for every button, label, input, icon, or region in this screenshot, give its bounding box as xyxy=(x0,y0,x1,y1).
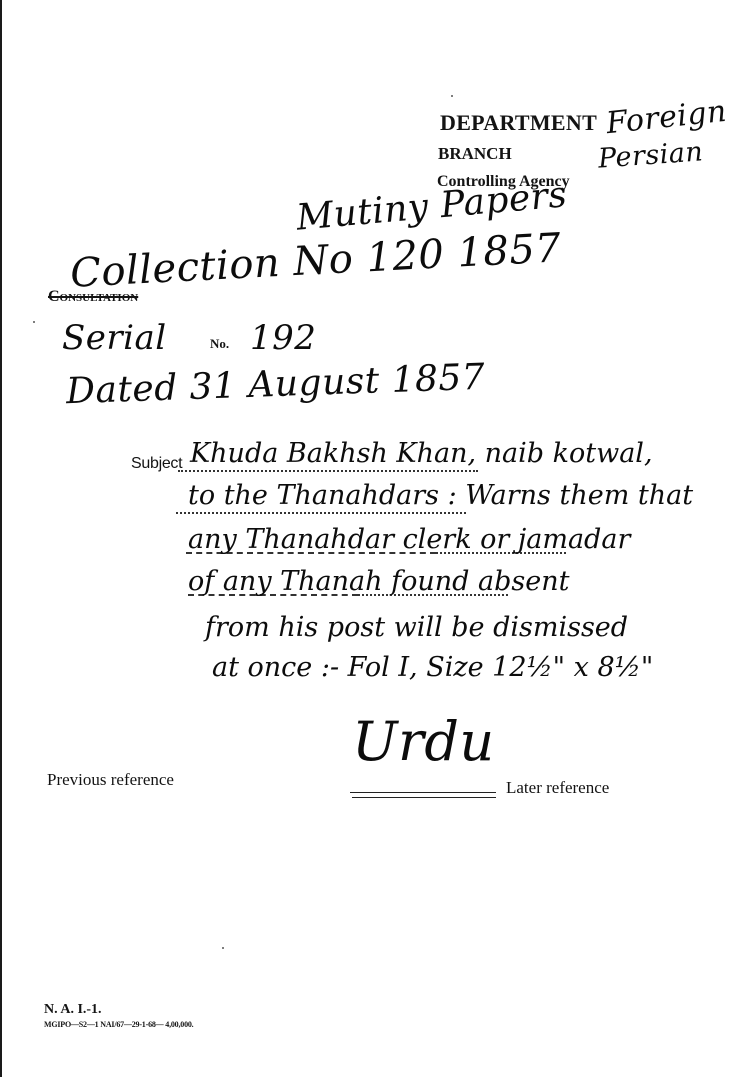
subject-line: at once :- Fol I, Size 12½" x 8½" xyxy=(212,652,653,683)
subject-line: of any Thanah found absent xyxy=(188,566,569,597)
serial-number: 192 xyxy=(250,318,316,358)
serial-no-label: No. xyxy=(210,336,229,352)
page-left-border xyxy=(0,0,2,1077)
scan-speck xyxy=(222,947,224,949)
branch-label: BRANCH xyxy=(438,144,512,164)
previous-reference-label: Previous reference xyxy=(47,770,174,790)
subject-line: Khuda Bakhsh Khan, naib kotwal, xyxy=(190,438,653,469)
subject-dotted-rule xyxy=(176,512,466,514)
serial-handwritten-label: Serial xyxy=(62,318,167,358)
department-label: DEPARTMENT xyxy=(440,110,597,136)
subject-line: any Thanahdar clerk or jamadar xyxy=(188,524,630,555)
subject-line: from his post will be dismissed xyxy=(205,612,628,643)
subject-dotted-rule xyxy=(178,470,478,472)
scan-speck xyxy=(451,95,453,97)
department-value: Foreign xyxy=(605,94,729,141)
document-page: DEPARTMENT Foreign BRANCH Persian Contro… xyxy=(0,0,753,1077)
language-annotation: Urdu xyxy=(352,710,495,773)
later-reference-label: Later reference xyxy=(506,778,609,798)
consultation-label-struck: Consultation xyxy=(48,288,138,306)
dated-field: Dated 31 August 1857 xyxy=(65,357,485,413)
scan-speck xyxy=(33,321,35,323)
subject-label: Subject xyxy=(131,455,182,473)
underline-rule xyxy=(350,792,496,793)
subject-line: to the Thanahdars : Warns them that xyxy=(188,480,693,511)
form-code: N. A. I.-1. xyxy=(44,1002,102,1018)
underline-rule xyxy=(352,797,496,798)
print-code: MGIPO—S2—1 NAI/67—29-1-68— 4,00,000. xyxy=(44,1020,193,1029)
branch-value: Persian xyxy=(597,136,704,174)
